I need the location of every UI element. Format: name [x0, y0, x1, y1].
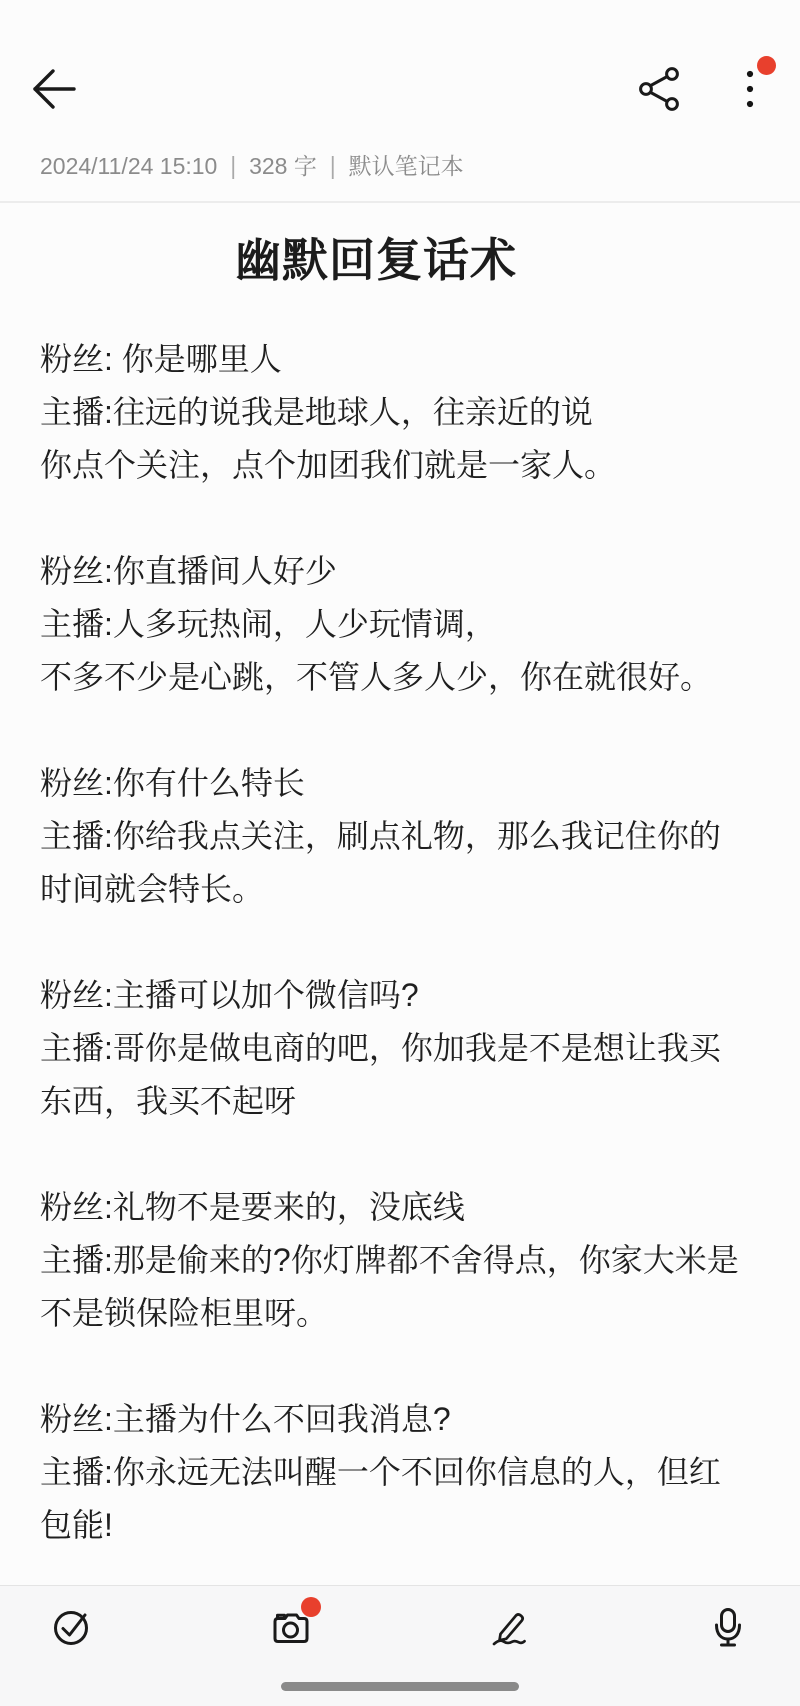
- qa-paragraph: 粉丝:你有什么特长 主播:你给我点关注，刷点礼物，那么我记住你的 时间就会特长。: [40, 757, 760, 916]
- note-line: 你点个关注，点个加团我们就是一家人。: [40, 439, 760, 492]
- note-content[interactable]: 幽默回复话术 粉丝: 你是哪里人 主播:往远的说我是地球人，往亲近的说 你点个关…: [0, 230, 800, 1552]
- note-line: 主播:往远的说我是地球人，往亲近的说: [40, 386, 760, 439]
- note-line: 粉丝:礼物不是要来的，没底线: [40, 1181, 760, 1234]
- note-body: 粉丝: 你是哪里人 主播:往远的说我是地球人，往亲近的说 你点个关注，点个加团我…: [0, 333, 800, 1552]
- note-line: 粉丝:你有什么特长: [40, 757, 760, 810]
- note-line: 包能!: [40, 1499, 760, 1552]
- qa-paragraph: 粉丝:你直播间人好少 主播:人多玩热闹，人少玩情调， 不多不少是心跳，不管人多人…: [40, 545, 760, 704]
- note-line: 主播:你永远无法叫醒一个不回你信息的人，但红: [40, 1446, 760, 1499]
- note-line: 粉丝:主播为什么不回我消息?: [40, 1393, 760, 1446]
- note-viewer-screen: 2024/11/24 15:10 | 328 字 | 默认笔记本 幽默回复话术 …: [0, 0, 800, 1706]
- menu-notification-dot: [757, 56, 776, 75]
- handwriting-button[interactable]: [487, 1605, 531, 1649]
- arrow-left-icon: [26, 62, 82, 116]
- note-datetime: 2024/11/24 15:10: [40, 150, 217, 182]
- qa-paragraph: 粉丝:主播可以加个微信吗? 主播:哥你是做电商的吧，你加我是不是想让我买 东西，…: [40, 969, 760, 1128]
- note-line: 时间就会特长。: [40, 863, 760, 916]
- note-meta-row: 2024/11/24 15:10 | 328 字 | 默认笔记本: [40, 150, 760, 182]
- note-title: 幽默回复话术: [0, 230, 800, 290]
- qa-paragraph: 粉丝: 你是哪里人 主播:往远的说我是地球人，往亲近的说 你点个关注，点个加团我…: [40, 333, 760, 492]
- camera-button[interactable]: [269, 1605, 313, 1649]
- todo-check-button[interactable]: [50, 1605, 94, 1649]
- note-line: 不是锁保险柜里呀。: [40, 1287, 760, 1340]
- note-line: 主播:哥你是做电商的吧，你加我是不是想让我买: [40, 1022, 760, 1075]
- note-line: 粉丝:你直播间人好少: [40, 545, 760, 598]
- note-line: 主播:那是偷来的?你灯牌都不舍得点，你家大米是: [40, 1234, 760, 1287]
- home-indicator-bar[interactable]: [281, 1682, 519, 1691]
- note-line: 东西，我买不起呀: [40, 1075, 760, 1128]
- qa-paragraph: 粉丝:礼物不是要来的，没底线 主播:那是偷来的?你灯牌都不舍得点，你家大米是 不…: [40, 1181, 760, 1340]
- note-line: 粉丝:主播可以加个微信吗?: [40, 969, 760, 1022]
- check-circle-icon: [50, 1605, 94, 1649]
- meta-separator: |: [330, 148, 336, 185]
- share-button[interactable]: [636, 64, 684, 114]
- header-divider: [0, 201, 800, 203]
- qa-paragraph: 粉丝:主播为什么不回我消息? 主播:你永远无法叫醒一个不回你信息的人，但红 包能…: [40, 1393, 760, 1552]
- note-line: 粉丝: 你是哪里人: [40, 333, 760, 386]
- note-word-count: 328 字: [249, 150, 317, 182]
- signature-pen-icon: [487, 1605, 531, 1649]
- note-line: 主播:人多玩热闹，人少玩情调，: [40, 598, 760, 651]
- more-menu-button[interactable]: [722, 54, 778, 116]
- camera-notification-dot: [301, 1597, 321, 1617]
- meta-separator: |: [230, 148, 236, 185]
- microphone-icon: [706, 1605, 750, 1649]
- notebook-name[interactable]: 默认笔记本: [349, 150, 464, 182]
- note-line: 主播:你给我点关注，刷点礼物，那么我记住你的: [40, 810, 760, 863]
- back-button[interactable]: [26, 60, 82, 118]
- voice-record-button[interactable]: [706, 1605, 750, 1649]
- share-nodes-icon: [636, 66, 684, 112]
- note-line: 不多不少是心跳，不管人多人少，你在就很好。: [40, 651, 760, 704]
